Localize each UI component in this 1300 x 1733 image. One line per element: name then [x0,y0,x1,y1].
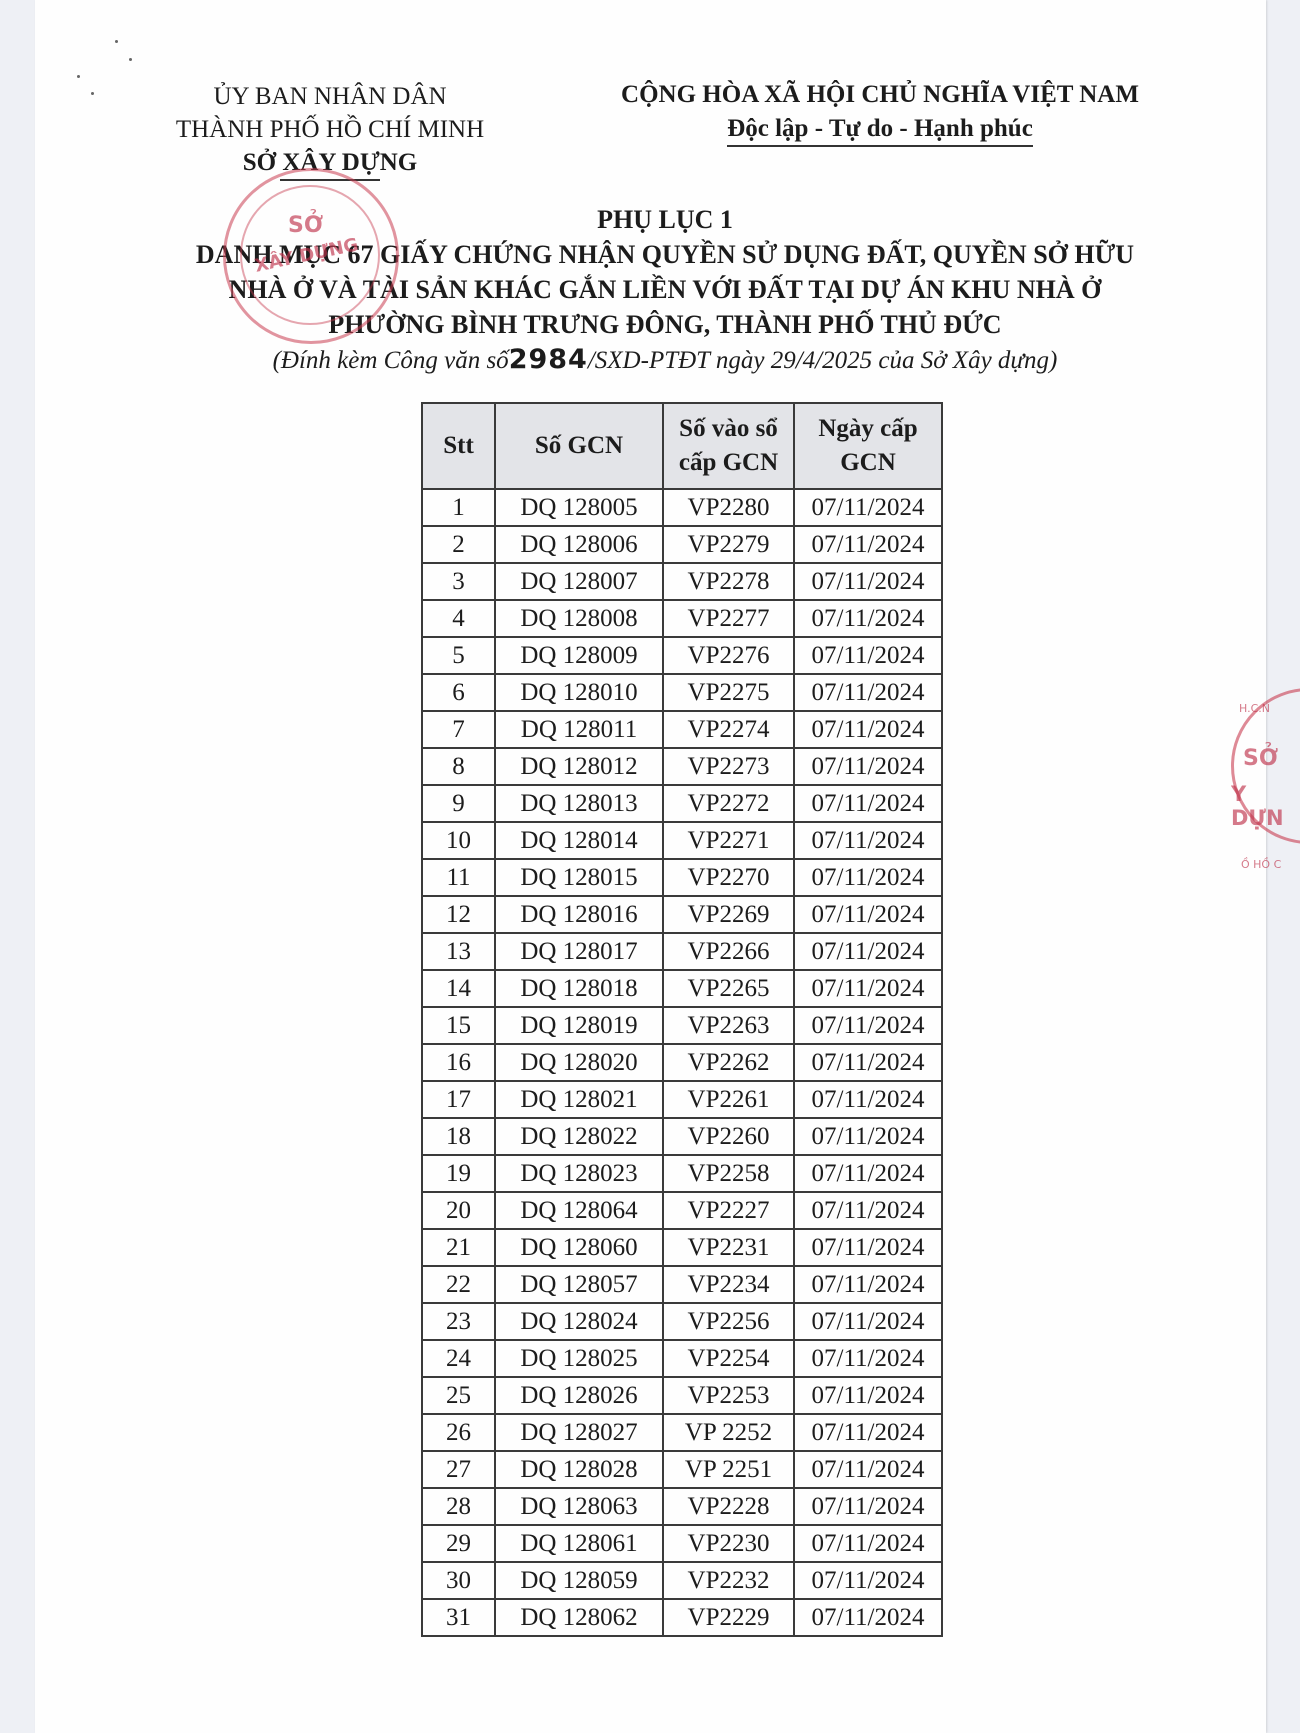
cell-issue-date: 07/11/2024 [794,489,942,526]
cell-stt: 21 [422,1229,495,1266]
attachment-reference: (Đính kèm Công văn số2984/SXD-PTĐT ngày … [130,342,1200,378]
partial-seal-ring-top: H.C.N [1239,702,1270,715]
reference-month: 4 [803,347,816,374]
table-row: 9DQ 128013VP227207/11/2024 [422,785,942,822]
cell-registry-number: VP2263 [663,1007,794,1044]
reference-middle: /SXD-PTĐT ngày [588,347,771,374]
cell-certificate-number: DQ 128007 [495,563,663,600]
table-row: 31DQ 128062VP222907/11/2024 [422,1599,942,1636]
cell-stt: 1 [422,489,495,526]
table-row: 25DQ 128026VP225307/11/2024 [422,1377,942,1414]
cell-registry-number: VP2266 [663,933,794,970]
col-header-stt: Stt [422,403,495,489]
cell-certificate-number: DQ 128013 [495,785,663,822]
cell-issue-date: 07/11/2024 [794,896,942,933]
cell-certificate-number: DQ 128063 [495,1488,663,1525]
table-row: 12DQ 128016VP226907/11/2024 [422,896,942,933]
table-row: 10DQ 128014VP227107/11/2024 [422,822,942,859]
table-row: 6DQ 128010VP227507/11/2024 [422,674,942,711]
cell-certificate-number: DQ 128016 [495,896,663,933]
table-row: 8DQ 128012VP227307/11/2024 [422,748,942,785]
table-row: 29DQ 128061VP223007/11/2024 [422,1525,942,1562]
cell-stt: 2 [422,526,495,563]
cell-registry-number: VP2278 [663,563,794,600]
cell-issue-date: 07/11/2024 [794,1451,942,1488]
table-row: 11DQ 128015VP227007/11/2024 [422,859,942,896]
cell-registry-number: VP2254 [663,1340,794,1377]
cell-issue-date: 07/11/2024 [794,1044,942,1081]
partial-seal-ring-bottom: Ồ HỒ C [1241,858,1281,871]
cell-stt: 22 [422,1266,495,1303]
cell-certificate-number: DQ 128005 [495,489,663,526]
cell-registry-number: VP2228 [663,1488,794,1525]
cell-stt: 26 [422,1414,495,1451]
cell-registry-number: VP2258 [663,1155,794,1192]
cell-registry-number: VP2277 [663,600,794,637]
cell-issue-date: 07/11/2024 [794,1192,942,1229]
table-row: 14DQ 128018VP226507/11/2024 [422,970,942,1007]
cell-registry-number: VP2265 [663,970,794,1007]
cell-certificate-number: DQ 128017 [495,933,663,970]
cell-registry-number: VP2270 [663,859,794,896]
cell-certificate-number: DQ 128009 [495,637,663,674]
cell-registry-number: VP2275 [663,674,794,711]
cell-issue-date: 07/11/2024 [794,1377,942,1414]
cell-issue-date: 07/11/2024 [794,600,942,637]
cell-certificate-number: DQ 128025 [495,1340,663,1377]
cell-stt: 11 [422,859,495,896]
document-page: ỦY BAN NHÂN DÂN THÀNH PHỐ HỒ CHÍ MINH SỞ… [35,0,1266,1733]
cell-issue-date: 07/11/2024 [794,785,942,822]
cell-stt: 14 [422,970,495,1007]
official-seal: SỞ XÂY DỰNG [223,168,399,344]
cell-certificate-number: DQ 128008 [495,600,663,637]
cell-stt: 9 [422,785,495,822]
authority-line-2: THÀNH PHỐ HỒ CHÍ MINH [150,113,510,146]
table-row: 5DQ 128009VP227607/11/2024 [422,637,942,674]
cell-stt: 25 [422,1377,495,1414]
seal-center-1: SỞ [288,213,323,238]
document-number: 2984 [509,344,588,375]
table-row: 2DQ 128006VP227907/11/2024 [422,526,942,563]
cell-stt: 23 [422,1303,495,1340]
cell-certificate-number: DQ 128012 [495,748,663,785]
reference-prefix: (Đính kèm Công văn số [273,347,509,374]
cell-registry-number: VP2272 [663,785,794,822]
cell-issue-date: 07/11/2024 [794,1525,942,1562]
national-motto: CỘNG HÒA XÃ HỘI CHỦ NGHĨA VIỆT NAM Độc l… [580,78,1180,147]
cell-stt: 7 [422,711,495,748]
cell-issue-date: 07/11/2024 [794,1599,942,1636]
table-row: 20DQ 128064VP222707/11/2024 [422,1192,942,1229]
table-header-row: Stt Số GCN Số vào sổ cấp GCN Ngày cấp GC… [422,403,942,489]
col-header-registry-number: Số vào sổ cấp GCN [663,403,794,489]
cell-certificate-number: DQ 128024 [495,1303,663,1340]
cell-stt: 27 [422,1451,495,1488]
cell-registry-number: VP2274 [663,711,794,748]
cell-certificate-number: DQ 128011 [495,711,663,748]
cell-issue-date: 07/11/2024 [794,822,942,859]
col-header-issue-date: Ngày cấp GCN [794,403,942,489]
cell-registry-number: VP2229 [663,1599,794,1636]
col-header-certificate-number: Số GCN [495,403,663,489]
cell-certificate-number: DQ 128026 [495,1377,663,1414]
cell-certificate-number: DQ 128014 [495,822,663,859]
cell-issue-date: 07/11/2024 [794,1414,942,1451]
cell-certificate-number: DQ 128061 [495,1525,663,1562]
cell-certificate-number: DQ 128057 [495,1266,663,1303]
cell-stt: 12 [422,896,495,933]
cell-issue-date: 07/11/2024 [794,1081,942,1118]
reference-suffix: /2025 của Sở Xây dựng) [815,347,1057,374]
cell-issue-date: 07/11/2024 [794,1155,942,1192]
cell-issue-date: 07/11/2024 [794,1488,942,1525]
table-row: 16DQ 128020VP226207/11/2024 [422,1044,942,1081]
table-row: 26DQ 128027VP 225207/11/2024 [422,1414,942,1451]
cell-stt: 24 [422,1340,495,1377]
cell-stt: 16 [422,1044,495,1081]
cell-registry-number: VP2230 [663,1525,794,1562]
cell-registry-number: VP2231 [663,1229,794,1266]
cell-registry-number: VP2234 [663,1266,794,1303]
table-row: 13DQ 128017VP226607/11/2024 [422,933,942,970]
cell-certificate-number: DQ 128020 [495,1044,663,1081]
cell-issue-date: 07/11/2024 [794,711,942,748]
cell-issue-date: 07/11/2024 [794,1118,942,1155]
cell-issue-date: 07/11/2024 [794,526,942,563]
table-row: 15DQ 128019VP226307/11/2024 [422,1007,942,1044]
cell-certificate-number: DQ 128018 [495,970,663,1007]
table-row: 22DQ 128057VP223407/11/2024 [422,1266,942,1303]
cell-issue-date: 07/11/2024 [794,1303,942,1340]
table-row: 21DQ 128060VP223107/11/2024 [422,1229,942,1266]
cell-registry-number: VP2262 [663,1044,794,1081]
cell-registry-number: VP2261 [663,1081,794,1118]
cell-registry-number: VP2227 [663,1192,794,1229]
cell-stt: 10 [422,822,495,859]
cell-certificate-number: DQ 128060 [495,1229,663,1266]
cell-issue-date: 07/11/2024 [794,674,942,711]
table-row: 7DQ 128011VP227407/11/2024 [422,711,942,748]
table-row: 27DQ 128028VP 225107/11/2024 [422,1451,942,1488]
country-name: CỘNG HÒA XÃ HỘI CHỦ NGHĨA VIỆT NAM [580,78,1180,112]
table-row: 3DQ 128007VP227807/11/2024 [422,563,942,600]
cell-registry-number: VP 2252 [663,1414,794,1451]
table-row: 30DQ 128059VP223207/11/2024 [422,1562,942,1599]
cell-issue-date: 07/11/2024 [794,859,942,896]
cell-certificate-number: DQ 128021 [495,1081,663,1118]
cell-issue-date: 07/11/2024 [794,933,942,970]
cell-issue-date: 07/11/2024 [794,1266,942,1303]
table-row: 28DQ 128063VP222807/11/2024 [422,1488,942,1525]
cell-stt: 31 [422,1599,495,1636]
cell-registry-number: VP2276 [663,637,794,674]
cell-stt: 13 [422,933,495,970]
cell-registry-number: VP 2251 [663,1451,794,1488]
cell-stt: 30 [422,1562,495,1599]
cell-certificate-number: DQ 128028 [495,1451,663,1488]
cell-registry-number: VP2256 [663,1303,794,1340]
cell-stt: 15 [422,1007,495,1044]
cell-registry-number: VP2280 [663,489,794,526]
table-row: 18DQ 128022VP226007/11/2024 [422,1118,942,1155]
certificate-table: Stt Số GCN Số vào sổ cấp GCN Ngày cấp GC… [421,402,943,1637]
cell-certificate-number: DQ 128010 [495,674,663,711]
cell-issue-date: 07/11/2024 [794,1007,942,1044]
motto: Độc lập - Tự do - Hạnh phúc [727,113,1033,147]
cell-certificate-number: DQ 128022 [495,1118,663,1155]
cell-stt: 17 [422,1081,495,1118]
partial-seal-text-1: SỞ [1243,746,1278,771]
cell-stt: 29 [422,1525,495,1562]
cell-issue-date: 07/11/2024 [794,1562,942,1599]
cell-issue-date: 07/11/2024 [794,970,942,1007]
cell-certificate-number: DQ 128027 [495,1414,663,1451]
issuing-authority: ỦY BAN NHÂN DÂN THÀNH PHỐ HỒ CHÍ MINH SỞ… [150,80,510,181]
cell-issue-date: 07/11/2024 [794,563,942,600]
cell-stt: 28 [422,1488,495,1525]
cell-certificate-number: DQ 128062 [495,1599,663,1636]
table-row: 24DQ 128025VP225407/11/2024 [422,1340,942,1377]
cell-certificate-number: DQ 128023 [495,1155,663,1192]
cell-stt: 19 [422,1155,495,1192]
table-row: 23DQ 128024VP225607/11/2024 [422,1303,942,1340]
cell-stt: 3 [422,563,495,600]
cell-issue-date: 07/11/2024 [794,1340,942,1377]
authority-line-1: ỦY BAN NHÂN DÂN [150,80,510,113]
cell-registry-number: VP2232 [663,1562,794,1599]
table-row: 4DQ 128008VP227707/11/2024 [422,600,942,637]
cell-issue-date: 07/11/2024 [794,748,942,785]
cell-certificate-number: DQ 128059 [495,1562,663,1599]
cell-issue-date: 07/11/2024 [794,1229,942,1266]
cell-registry-number: VP2269 [663,896,794,933]
cell-stt: 4 [422,600,495,637]
cell-stt: 6 [422,674,495,711]
partial-seal-right-edge: H.C.N SỞ Y DỰN Ồ HỒ C [1231,680,1300,890]
cell-certificate-number: DQ 128006 [495,526,663,563]
cell-registry-number: VP2279 [663,526,794,563]
cell-stt: 8 [422,748,495,785]
cell-certificate-number: DQ 128064 [495,1192,663,1229]
cell-certificate-number: DQ 128019 [495,1007,663,1044]
reference-day: 29 [771,347,796,374]
cell-registry-number: VP2273 [663,748,794,785]
cell-issue-date: 07/11/2024 [794,637,942,674]
cell-registry-number: VP2271 [663,822,794,859]
table-row: 1DQ 128005VP228007/11/2024 [422,489,942,526]
table-row: 19DQ 128023VP225807/11/2024 [422,1155,942,1192]
cell-registry-number: VP2260 [663,1118,794,1155]
cell-stt: 20 [422,1192,495,1229]
cell-certificate-number: DQ 128015 [495,859,663,896]
cell-stt: 18 [422,1118,495,1155]
table-row: 17DQ 128021VP226107/11/2024 [422,1081,942,1118]
partial-seal-text-2: Y DỰN [1231,782,1300,830]
cell-stt: 5 [422,637,495,674]
cell-registry-number: VP2253 [663,1377,794,1414]
